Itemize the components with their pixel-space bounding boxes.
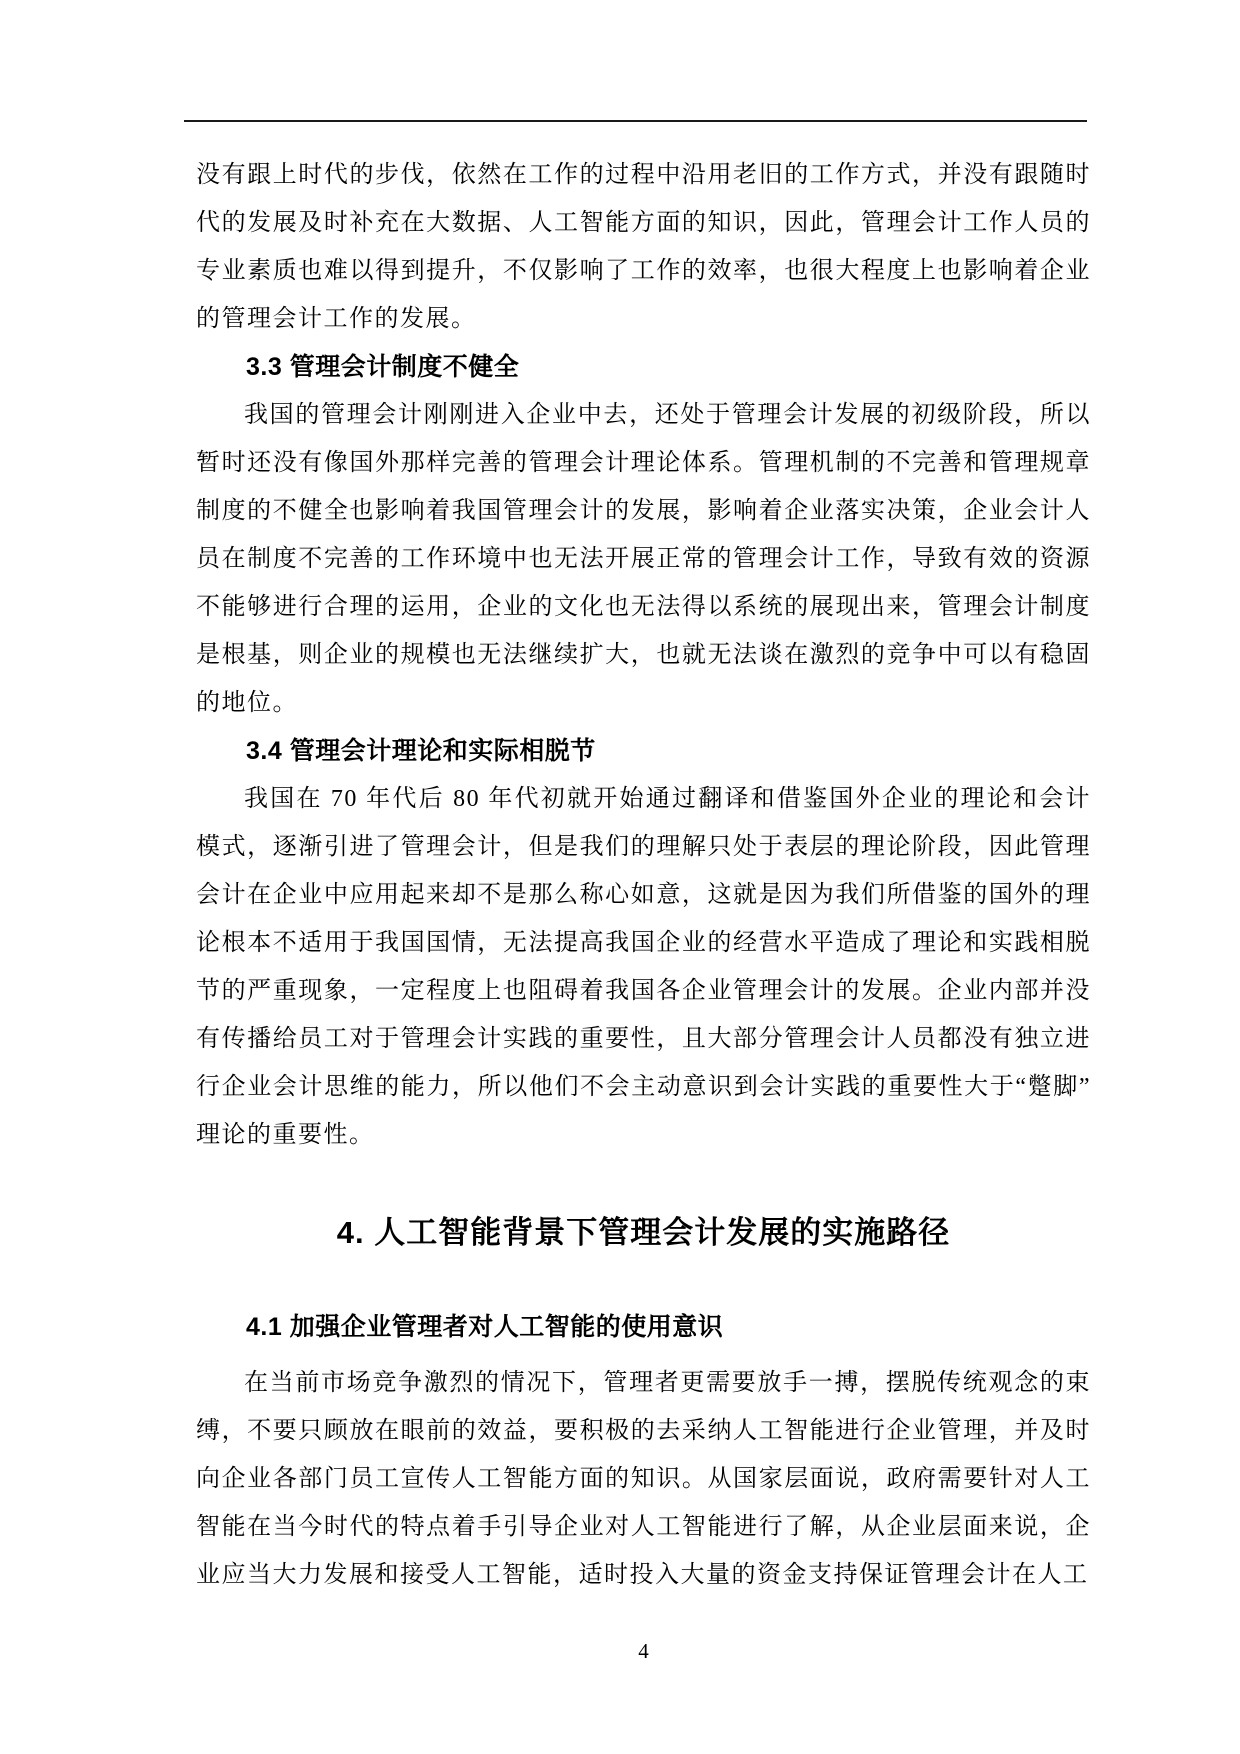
- chapter-heading-4: 4. 人工智能背景下管理会计发展的实施路径: [196, 1209, 1091, 1257]
- paragraph-section-3-3: 我国的管理会计刚刚进入企业中去，还处于管理会计发展的初级阶段，所以暂时还没有像国…: [196, 391, 1091, 727]
- section-heading-3-4: 3.4 管理会计理论和实际相脱节: [196, 727, 1091, 775]
- page-content: 没有跟上时代的步伐，依然在工作的过程中沿用老旧的工作方式，并没有跟随时代的发展及…: [196, 151, 1091, 1599]
- paragraph-section-4-1: 在当前市场竞争激烈的情况下，管理者更需要放手一搏，摆脱传统观念的束缚，不要只顾放…: [196, 1359, 1091, 1599]
- paragraph-continued-from-previous-page: 没有跟上时代的步伐，依然在工作的过程中沿用老旧的工作方式，并没有跟随时代的发展及…: [196, 151, 1091, 343]
- section-heading-3-3: 3.3 管理会计制度不健全: [196, 343, 1091, 391]
- document-page: 没有跟上时代的步伐，依然在工作的过程中沿用老旧的工作方式，并没有跟随时代的发展及…: [0, 0, 1240, 1754]
- page-number: 4: [196, 1638, 1091, 1664]
- header-rule: [184, 120, 1087, 122]
- section-heading-4-1: 4.1 加强企业管理者对人工智能的使用意识: [196, 1303, 1091, 1351]
- paragraph-section-3-4: 我国在 70 年代后 80 年代初就开始通过翻译和借鉴国外企业的理论和会计模式，…: [196, 775, 1091, 1159]
